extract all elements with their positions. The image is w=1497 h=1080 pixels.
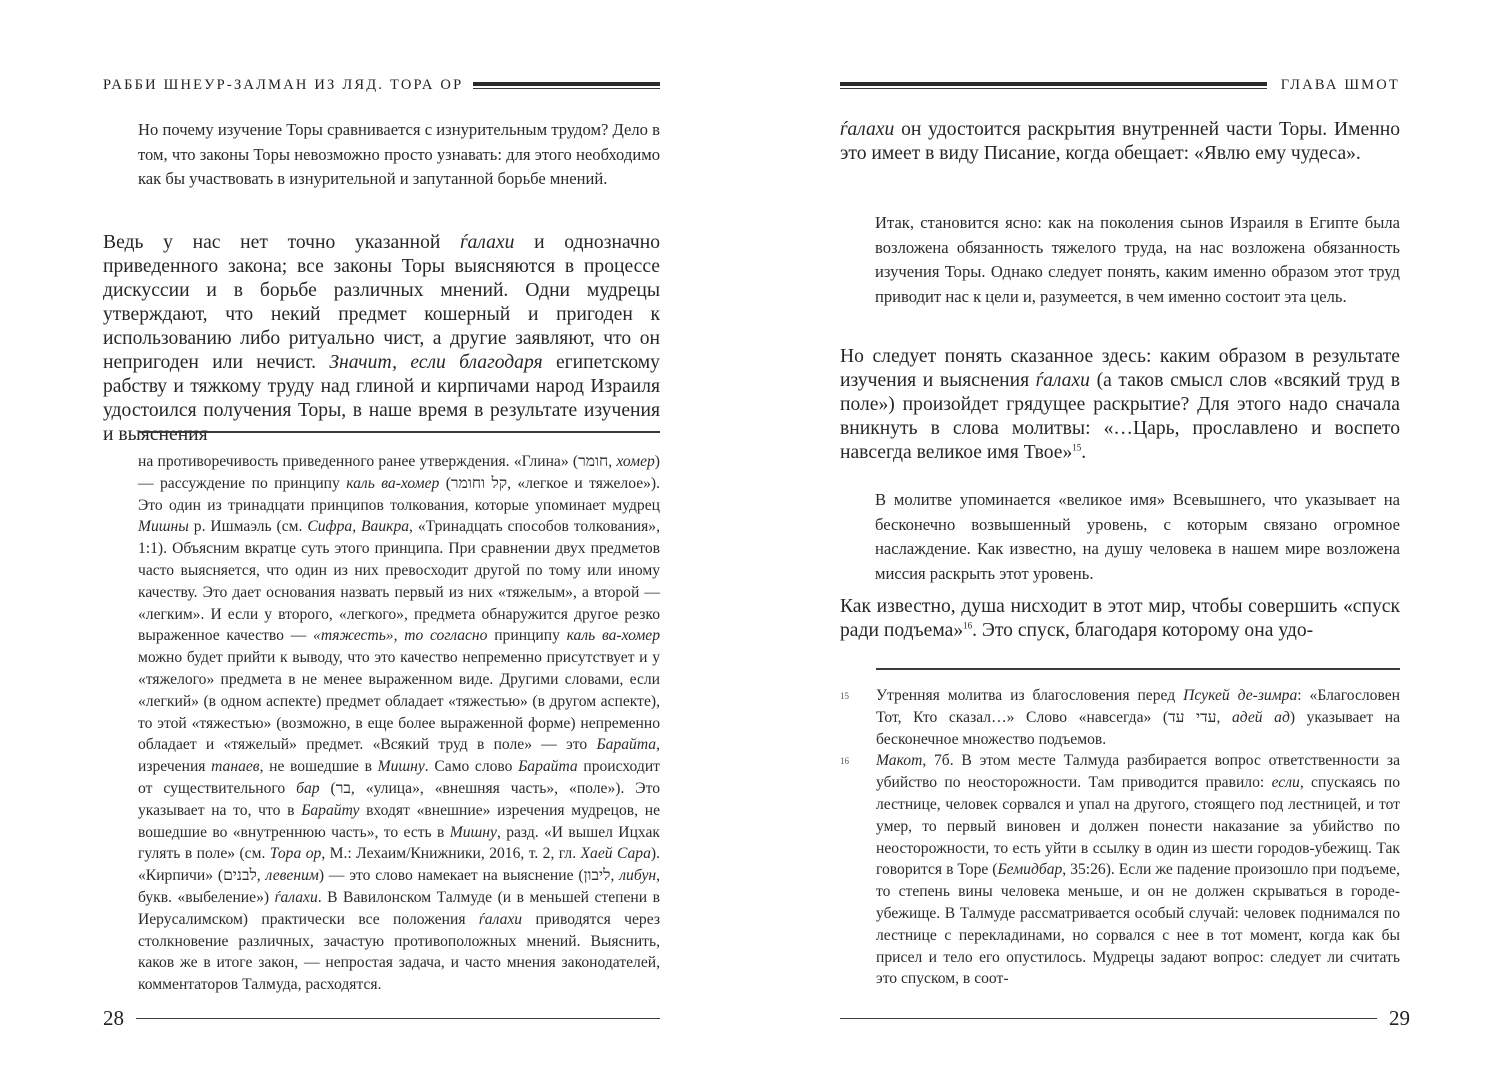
italic-run: Мишну <box>378 758 425 775</box>
italic-run: Барайта <box>518 758 578 775</box>
text-run: р. Ишмаэль (см. <box>189 518 307 535</box>
italic-term: ѓалахи <box>1036 370 1090 391</box>
folio-rule <box>136 1018 660 1020</box>
footnote-separator-rule <box>138 431 660 433</box>
italic-term: ѓалахи <box>460 232 514 253</box>
italic-run: ѓалахи <box>275 889 318 906</box>
text-run: ) — это слово намекает на выяснение (ליב… <box>319 867 619 884</box>
text-run: можно будет прийти к выводу, что это кач… <box>138 649 660 753</box>
callout-paragraph: В молитве упоминается «великое имя» Всев… <box>840 488 1400 586</box>
main-paragraph: Как известно, душа нисходит в этот мир, … <box>840 595 1400 643</box>
running-head-left: РАББИ ШНЕУР-ЗАЛМАН ИЗ ЛЯД. ТОРА ОР <box>103 74 660 96</box>
main-paragraph: Ведь у нас нет точно указанной ѓалахи и … <box>103 231 660 447</box>
right-page: ГЛАВА ШМОТ ѓалахи он удостоится раскрыти… <box>840 0 1400 1080</box>
italic-run: танаев <box>211 758 259 775</box>
footnote-continuation: на противоречивость приведенного ранее у… <box>103 451 660 996</box>
header-double-rule <box>473 82 660 89</box>
running-head-right: ГЛАВА ШМОТ <box>840 74 1400 96</box>
footnote-ref-15[interactable]: 15 <box>1072 442 1081 452</box>
italic-run: Значит, если благодаря <box>329 352 542 373</box>
text-run: , М.: Лехаим/Книжники, 2016, т. 2, гл. <box>321 845 580 862</box>
italic-run: либун <box>619 867 656 884</box>
footnote-text: Утренняя молитва из благословения перед … <box>876 685 1400 750</box>
italic-run: каль ва-хомер <box>567 627 660 644</box>
italic-run: Мишну <box>450 824 497 841</box>
text-run: . <box>1081 442 1086 463</box>
left-page: РАББИ ШНЕУР-ЗАЛМАН ИЗ ЛЯД. ТОРА ОР Но по… <box>103 0 660 1080</box>
text-run: принципу <box>487 627 566 644</box>
italic-run: Макот <box>876 752 922 769</box>
italic-run: адей ад <box>1232 709 1290 726</box>
footnote-item: 16Макот, 7б. В этом месте Талмуда разбир… <box>840 750 1400 990</box>
text-run: Ведь у нас нет точно указанной <box>103 232 460 253</box>
text-run: он удостоится раскрытия внутренней части… <box>840 119 1400 164</box>
main-paragraph: ѓалахи он удостоится раскрытия внутренне… <box>840 118 1400 166</box>
text-run: . Это спуск, благодаря которому она удо- <box>972 620 1313 641</box>
text-run: , «Тринадцать способов толкования», 1:1)… <box>138 518 660 644</box>
italic-run: Тора ор <box>270 845 322 862</box>
italic-run: бар <box>296 780 319 797</box>
italic-run: Барайту <box>301 802 359 819</box>
text-run: . Само слово <box>425 758 518 775</box>
footnote-ref-16[interactable]: 16 <box>963 620 972 630</box>
italic-run: хомер <box>616 453 654 470</box>
header-double-rule <box>840 82 1267 89</box>
callout-paragraph: Итак, становится ясно: как на поколения … <box>840 211 1400 309</box>
footnote-number: 16 <box>840 750 876 990</box>
page-number: 29 <box>1389 1006 1410 1031</box>
page-number: 28 <box>103 1006 124 1031</box>
text-run: Утренняя молитва из благословения перед <box>876 687 1183 704</box>
italic-run: Мишны <box>138 518 189 535</box>
italic-run: левеним <box>266 867 319 884</box>
text-run: на противоречивость приведенного ранее у… <box>138 453 616 470</box>
folio-rule <box>840 1018 1377 1020</box>
italic-run: Псукей де-зимра <box>1183 687 1297 704</box>
italic-run: Барайта <box>596 736 656 753</box>
callout-paragraph: Но почему изучение Торы сравнивается с и… <box>103 118 660 192</box>
italic-run: «тяжесть», то согласно <box>313 627 487 644</box>
italic-run: если <box>1272 774 1300 791</box>
text-run: , не вошедшие в <box>260 758 378 775</box>
footnote-number: 15 <box>840 685 876 750</box>
footnote-separator-rule <box>876 668 1400 670</box>
text-run: , 35:26). Если же падение произошло при … <box>876 861 1400 987</box>
footnote-item: 15Утренняя молитва из благословения пере… <box>840 685 1400 750</box>
main-paragraph: Но следует понять сказанное здесь: каким… <box>840 345 1400 465</box>
italic-run: Бемидбар <box>997 861 1062 878</box>
footnote-text: Макот, 7б. В этом месте Талмуда разбирае… <box>876 750 1400 990</box>
italic-run: каль ва-хомер <box>346 475 439 492</box>
footnotes: 15Утренняя молитва из благословения пере… <box>840 685 1400 990</box>
running-head-title: РАББИ ШНЕУР-ЗАЛМАН ИЗ ЛЯД. ТОРА ОР <box>103 77 463 94</box>
folio-right: 29 <box>840 1006 1410 1031</box>
folio-left: 28 <box>103 1006 660 1031</box>
text-run: , <box>352 518 361 535</box>
italic-term: ѓалахи <box>840 119 894 140</box>
italic-run: Сифра <box>307 518 352 535</box>
running-head-title: ГЛАВА ШМОТ <box>1281 77 1400 94</box>
italic-run: ѓалахи <box>479 911 522 928</box>
italic-run: Ваикра <box>361 518 409 535</box>
italic-run: Хаей Сара <box>581 845 651 862</box>
